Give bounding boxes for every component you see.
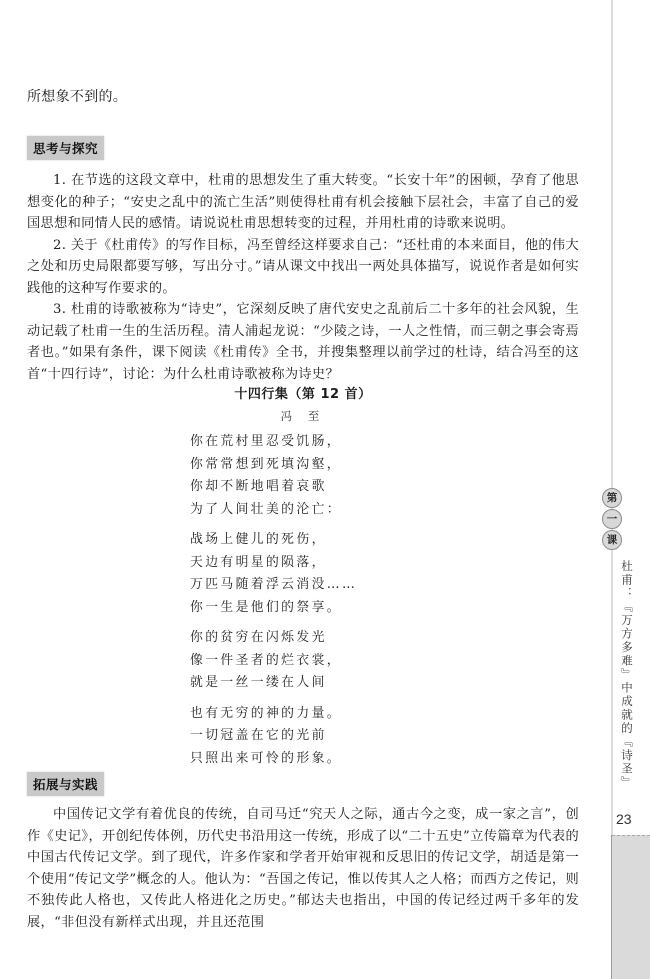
poem-line: 你在荒村里忍受饥肠， bbox=[190, 431, 430, 454]
section-heading-extend-practice: 拓展与实践 bbox=[27, 772, 104, 796]
extend-paragraph: 中国传记文学有着优良的传统，自司马迁“究天人之际，通古今之变，成一家之言”，创作… bbox=[27, 804, 579, 933]
lesson-badge-di: 第 bbox=[602, 488, 622, 508]
poem-author: 冯 至 bbox=[27, 408, 579, 424]
poem-line: 你却不断地唱着哀歌 bbox=[190, 476, 430, 499]
poem-line: 一切冠盖在它的光前 bbox=[190, 725, 430, 748]
poem-line: 只照出来可怜的形象。 bbox=[190, 748, 430, 771]
poem-body: 你在荒村里忍受饥肠， 你常常想到死填沟壑， 你却不断地唱着哀歌 为了人间壮美的沦… bbox=[190, 431, 430, 778]
poem-line: 就是一丝一缕在人间 bbox=[190, 672, 430, 695]
page-number: 23 bbox=[616, 811, 632, 827]
poem-line: 你常常想到死填沟壑， bbox=[190, 454, 430, 477]
poem-line: 像一件圣者的烂衣裳， bbox=[190, 650, 430, 673]
margin-rule-bottom bbox=[611, 835, 612, 979]
poem-stanza: 你在荒村里忍受饥肠， 你常常想到死填沟壑， 你却不断地唱着哀歌 为了人间壮美的沦… bbox=[190, 431, 430, 521]
poem-line: 战场上健儿的死伤， bbox=[190, 529, 430, 552]
poem-line: 万匹马随着浮云消没…… bbox=[190, 574, 430, 597]
poem-stanza: 战场上健儿的死伤， 天边有明星的陨落， 万匹马随着浮云消没…… 你一生是他们的祭… bbox=[190, 529, 430, 619]
textbook-page: 所想象不到的。 思考与探究 1. 在节选的这段文章中，杜甫的思想发生了重大转变。… bbox=[0, 0, 650, 979]
poem-line: 你一生是他们的祭享。 bbox=[190, 597, 430, 620]
question-3: 3. 杜甫的诗歌被称为“诗史”，它深刻反映了唐代安史之乱前后二十多年的社会风貌，… bbox=[27, 299, 579, 385]
poem-line: 也有无穷的神的力量。 bbox=[190, 703, 430, 726]
poem-stanza: 也有无穷的神的力量。 一切冠盖在它的光前 只照出来可怜的形象。 bbox=[190, 703, 430, 771]
poem-title: 十四行集（第 12 首） bbox=[27, 383, 579, 402]
lesson-badge-yi: 一 bbox=[602, 509, 622, 529]
poem-stanza: 你的贫穷在闪烁发光 像一件圣者的烂衣裳， 就是一丝一缕在人间 bbox=[190, 627, 430, 695]
poem-line: 为了人间壮美的沦亡： bbox=[190, 499, 430, 522]
question-2: 2. 关于《杜甫传》的写作目标，冯至曾经这样要求自己：“还杜甫的本来面目，他的伟… bbox=[27, 235, 579, 300]
lead-text: 所想象不到的。 bbox=[27, 86, 127, 106]
poem-line: 你的贫穷在闪烁发光 bbox=[190, 627, 430, 650]
section-heading-think-explore: 思考与探究 bbox=[27, 136, 104, 160]
lesson-badge-ke: 课 bbox=[602, 530, 622, 550]
page-edge-tab bbox=[612, 835, 650, 979]
lesson-running-title: 杜甫：『万方多难』中成就的『诗圣』 bbox=[618, 560, 634, 790]
poem-line: 天边有明星的陨落， bbox=[190, 552, 430, 575]
question-1: 1. 在节选的这段文章中，杜甫的思想发生了重大转变。“长安十年”的困顿，孕育了他… bbox=[27, 170, 579, 235]
